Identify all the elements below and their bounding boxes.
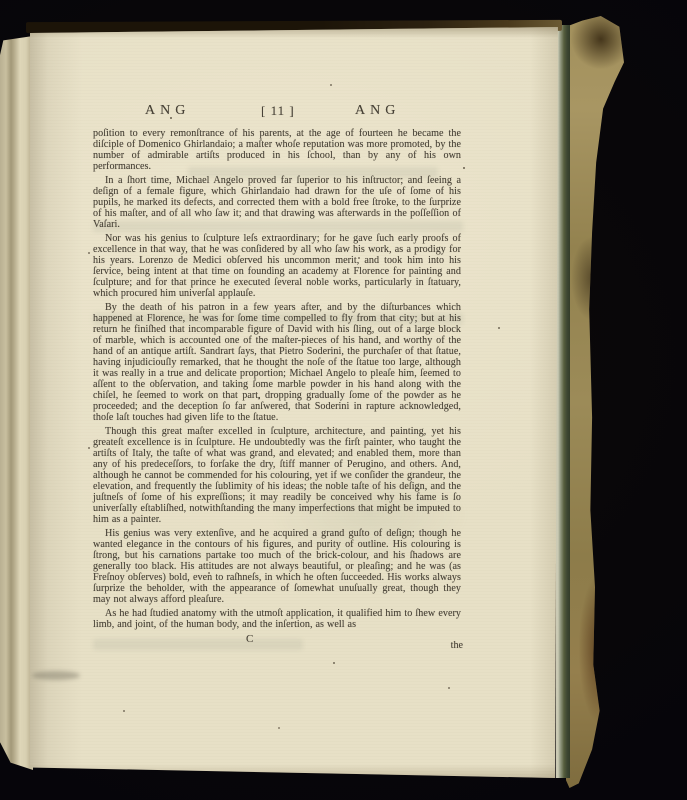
fore-edge-pages: [566, 16, 624, 788]
paragraph: As he had ſtudied anatomy with the utmoſ…: [93, 608, 461, 630]
running-head: ANG [ 11 ] ANG: [93, 103, 461, 120]
gutter-page-curl: [0, 36, 33, 770]
book-page: ANG [ 11 ] ANG poſition to every remonſt…: [30, 27, 560, 778]
page-number: [ 11 ]: [261, 103, 295, 119]
book-photo: ANG [ 11 ] ANG poſition to every remonſt…: [0, 0, 687, 800]
paragraph: By the death of his patron in a few year…: [93, 302, 461, 423]
paragraph: Though this great maſter excelled in ſcu…: [93, 426, 461, 525]
page-content: ANG [ 11 ] ANG poſition to every remonſt…: [93, 103, 461, 655]
paragraph: In a ſhort time, Michael Angelo proved f…: [93, 175, 461, 230]
paragraph: poſition to every remonſtrance of his pa…: [93, 128, 461, 172]
signature-row: C the: [93, 633, 461, 655]
running-head-right: ANG: [355, 103, 400, 119]
paragraph: His genius was very extenſive, and he ac…: [93, 528, 461, 605]
photo-background: { "book_page": { "running_head": { "left…: [0, 0, 687, 800]
fore-edge-strip: [556, 25, 570, 778]
body-text: poſition to every remonſtrance of his pa…: [93, 128, 461, 630]
paragraph: Nor was his genius to ſculpture leſs ext…: [93, 233, 461, 299]
ink-smudge: [32, 671, 80, 680]
running-head-left: ANG: [145, 103, 190, 119]
catchword: the: [451, 640, 463, 651]
signature-mark: C: [246, 633, 253, 645]
